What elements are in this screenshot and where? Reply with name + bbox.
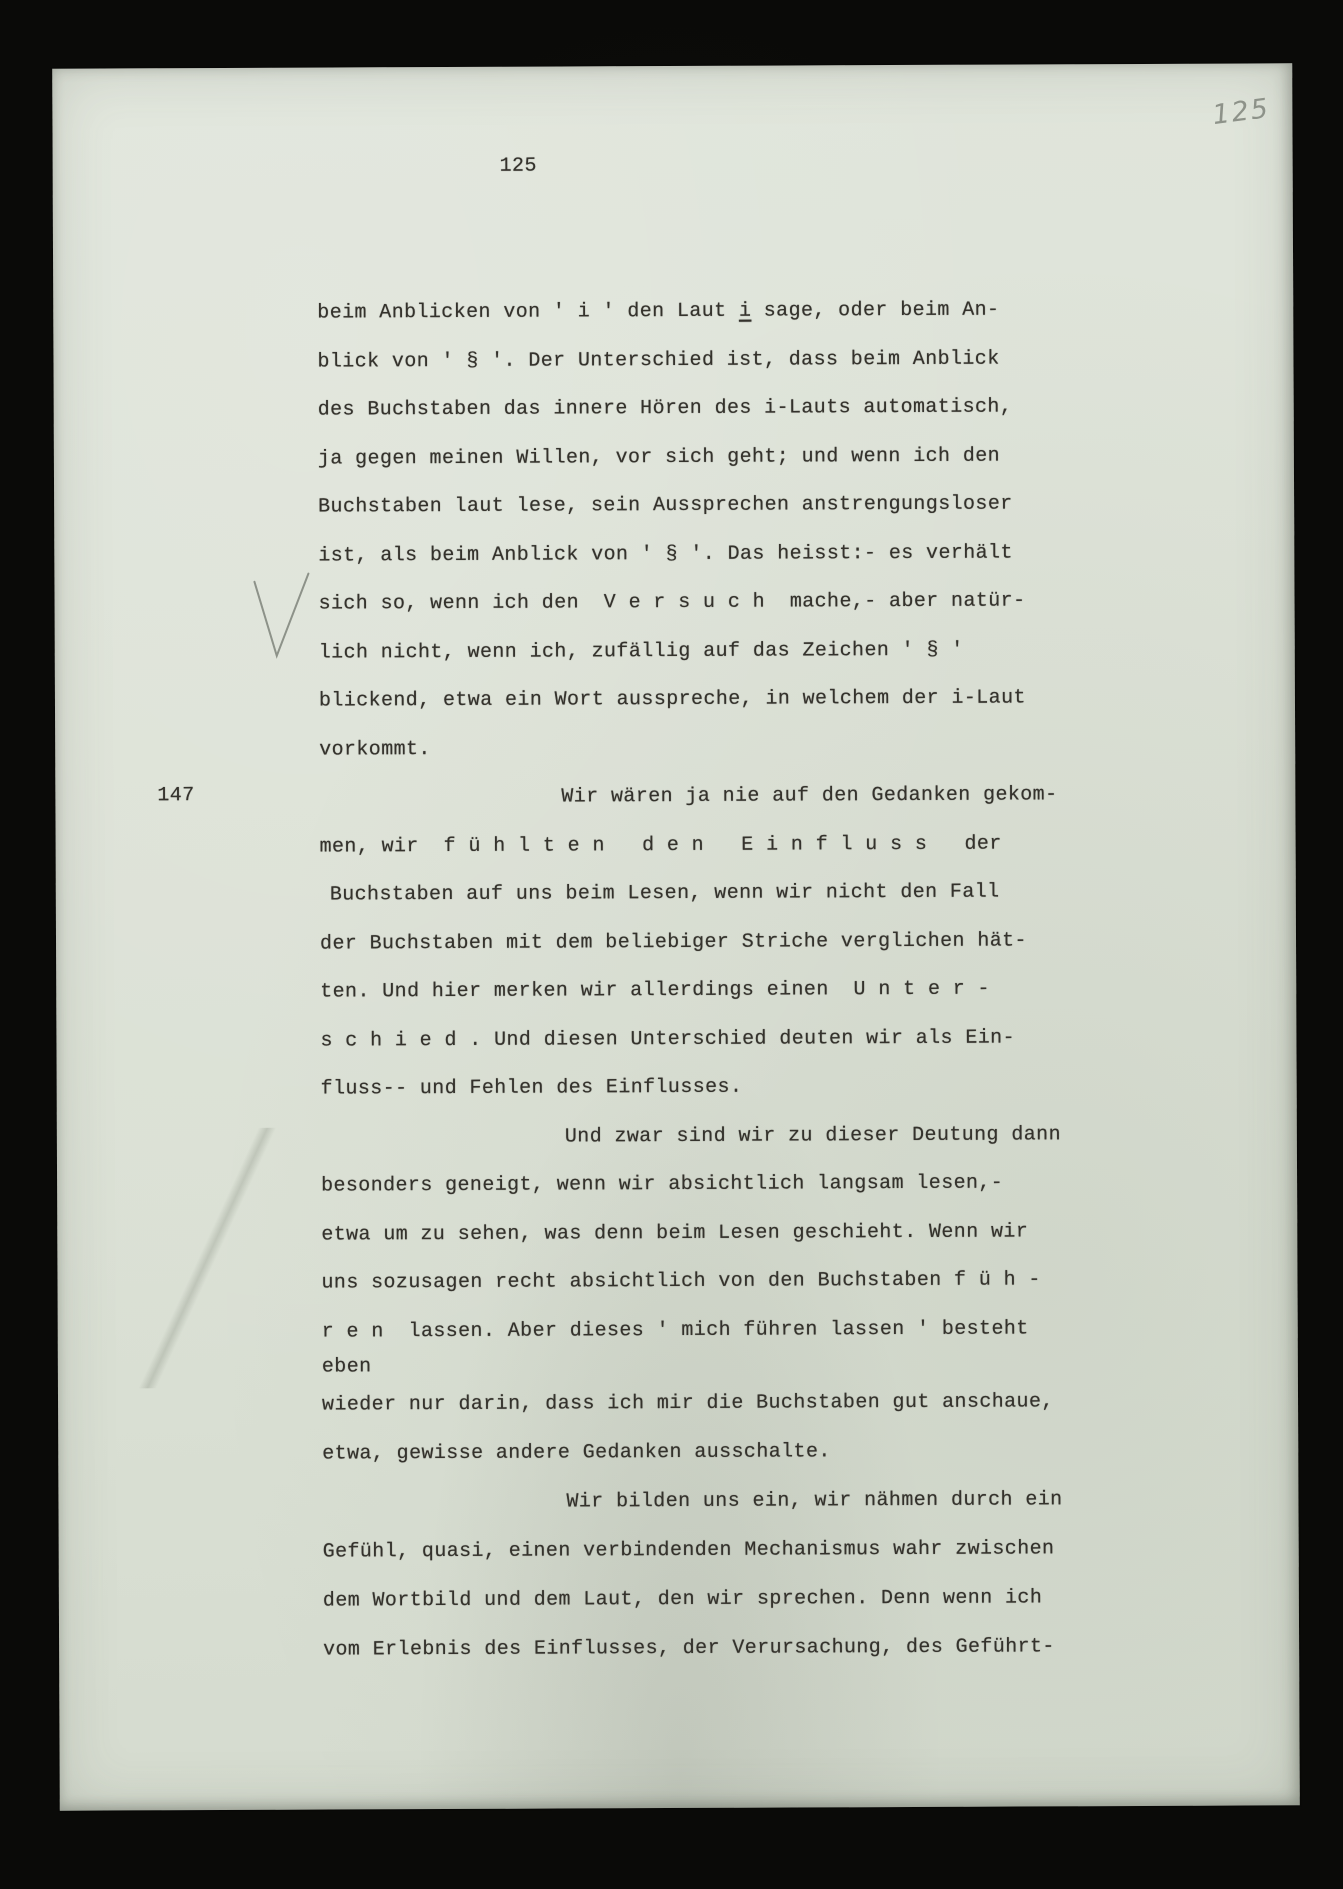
typescript-line: besonders geneigt, wenn wir absichtlich … <box>321 1172 1003 1198</box>
handwritten-page-number: 125 <box>1211 93 1272 131</box>
typescript-line: vom Erlebnis des Einflusses, der Verursa… <box>323 1635 1055 1661</box>
typescript-line: lich nicht, wenn ich, zufällig auf das Z… <box>319 639 964 665</box>
typescript-line: ja gegen meinen Willen, vor sich geht; u… <box>318 445 1000 471</box>
typescript-line: sich so, wenn ich den V e r s u c h mach… <box>318 589 1025 615</box>
typescript-line: uns sozusagen recht absichtlich von den … <box>321 1268 1040 1294</box>
typescript-line: dem Wortbild und dem Laut, den wir sprec… <box>323 1586 1042 1612</box>
typescript-line: fluss-- und Fehlen des Einflusses. <box>321 1076 743 1101</box>
typescript-line: blick von ' § '. Der Unterschied ist, da… <box>317 348 999 374</box>
typescript-line: Wir wären ja nie auf den Gedanken gekom- <box>561 783 1057 808</box>
typescript-line: etwa, gewisse andere Gedanken ausschalte… <box>322 1440 831 1465</box>
typescript-line: Und zwar sind wir zu dieser Deutung dann <box>565 1123 1061 1148</box>
typescript-line: blickend, etwa ein Wort ausspreche, in w… <box>319 686 1026 712</box>
typescript-line: Buchstaben auf uns beim Lesen, wenn wir … <box>330 881 1000 907</box>
typescript-line: wieder nur darin, dass ich mir die Buchs… <box>322 1390 1054 1416</box>
typescript-line: s c h i e d . Und diesen Unterschied deu… <box>320 1027 1015 1053</box>
typescript-line: r e n lassen. Aber dieses ' mich führen … <box>322 1317 1029 1343</box>
typescript-line: ten. Und hier merken wir allerdings eine… <box>320 978 990 1004</box>
document-page: 125 125 147 beim Anblicken von ' i ' den… <box>52 63 1300 1810</box>
typescript-line: der Buchstaben mit dem beliebiger Strich… <box>320 929 1027 955</box>
typescript-inserted-word: eben <box>322 1355 372 1378</box>
typescript-line: men, wir f ü h l t e n d e n E i n f l u… <box>320 833 1002 859</box>
typescript-line: etwa um zu sehen, was denn beim Lesen ge… <box>321 1220 1028 1246</box>
typescript-line: vorkommt. <box>319 738 431 761</box>
typescript-line: des Buchstaben das innere Hören des i-La… <box>318 396 1013 422</box>
underlined-letter: i <box>739 300 752 323</box>
typed-page-number: 125 <box>500 155 537 178</box>
line-text: sage, oder beim An- <box>751 299 999 323</box>
typescript-line: Buchstaben laut lese, sein Aussprechen a… <box>318 493 1013 519</box>
typescript-line: ist, als beim Anblick von ' § '. Das hei… <box>318 542 1013 568</box>
scanner-background: 125 125 147 beim Anblicken von ' i ' den… <box>0 0 1343 1889</box>
typescript-line: Wir bilden uns ein, wir nähmen durch ein <box>566 1488 1062 1513</box>
typescript-line: beim Anblicken von ' i ' den Laut i sage… <box>317 299 999 325</box>
margin-section-number: 147 <box>157 784 194 807</box>
paper-crease <box>117 1128 298 1389</box>
typescript-line: Gefühl, quasi, einen verbindenden Mechan… <box>323 1537 1055 1563</box>
line-text: beim Anblicken von ' i ' den Laut <box>317 300 739 325</box>
